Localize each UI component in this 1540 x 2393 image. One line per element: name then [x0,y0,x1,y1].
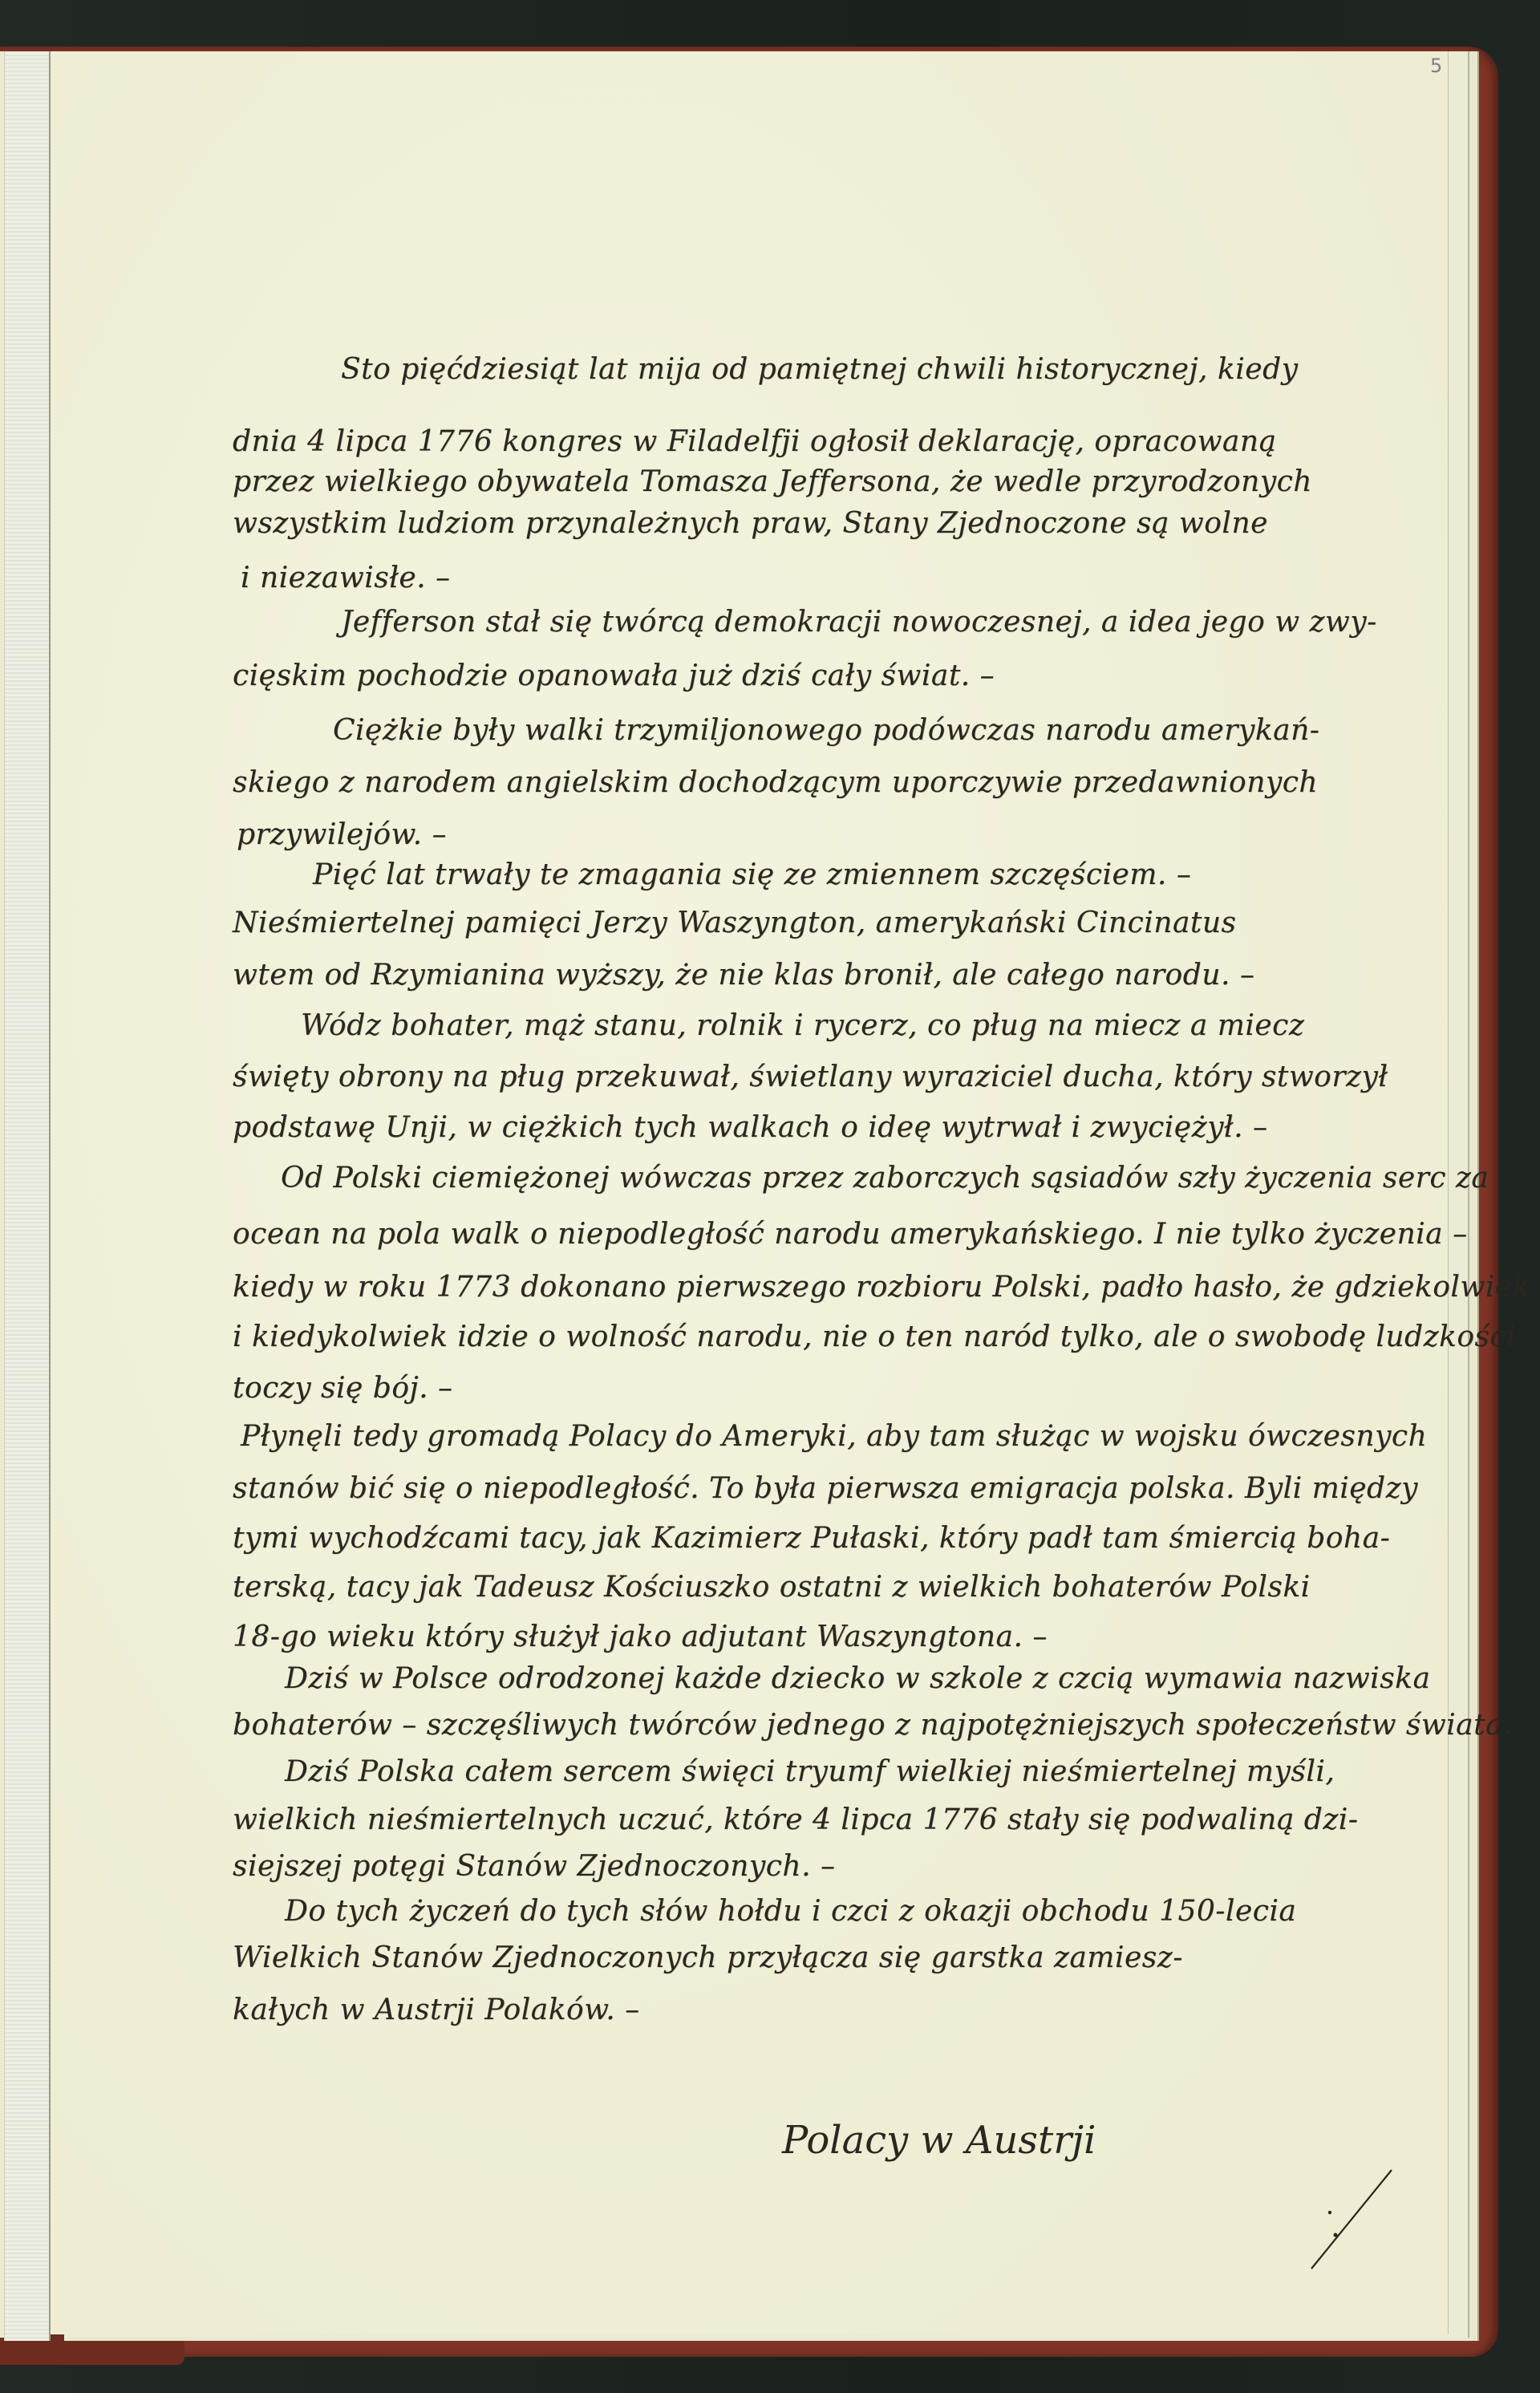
text-line: wielkich nieśmiertelnych uczuć, które 4 … [233,1803,1358,1836]
text-line: Wódz bohater, mąż stanu, rolnik i rycerz… [301,1009,1304,1042]
text-line: kiedy w roku 1773 dokonano pierwszego ro… [233,1271,1530,1304]
signature: Polacy w Austrji [782,2118,1096,2163]
pencil-page-number: 5 [1430,55,1442,77]
text-line: cięskim pochodzie opanowała już dziś cał… [233,659,995,692]
text-line: Sto pięćdziesiąt lat mija od pamiętnej c… [341,353,1298,386]
text-line: Do tych życzeń do tych słów hołdu i czci… [285,1895,1296,1928]
text-line: 18-go wieku który służył jako adjutant W… [233,1620,1048,1653]
text-line: skiego z narodem angielskim dochodzącym … [233,766,1318,799]
text-line: siejszej potęgi Stanów Zjednoczonych. – [233,1850,835,1883]
text-line: bohaterów – szczęśliwych twórców jednego… [233,1709,1513,1742]
text-line: i kiedykolwiek idzie o wolność narodu, n… [233,1320,1516,1353]
text-line: Od Polski ciemiężonej wówczas przez zabo… [281,1162,1489,1194]
text-line: święty obrony na pług przekuwał, świetla… [233,1061,1388,1093]
pen-flourish-icon [1235,2166,1396,2270]
text-line: Ciężkie były walki trzymiljonowego podów… [333,714,1319,747]
text-line: ocean na pola walk o niepodległość narod… [233,1218,1468,1251]
text-line: podstawę Unji, w ciężkich tych walkach o… [233,1111,1267,1144]
text-line: przez wielkiego obywatela Tomasza Jeffer… [233,465,1312,498]
text-line: dnia 4 lipca 1776 kongres w Filadelfji o… [233,425,1277,458]
text-line: tymi wychodźcami tacy, jak Kazimierz Puł… [233,1522,1390,1555]
text-line: terską, tacy jak Tadeusz Kościuszko osta… [233,1571,1311,1604]
text-line: Jefferson stał się twórcą demokracji now… [341,606,1377,639]
text-line: kałych w Austrji Polaków. – [233,1993,640,2026]
text-line: stanów bić się o niepodległość. To była … [233,1472,1418,1505]
text-line: wtem od Rzymianina wyższy, że nie klas b… [233,959,1254,992]
text-line: Wielkich Stanów Zjednoczonych przyłącza … [233,1941,1183,1974]
text-line: i niezawisłe. – [241,562,451,594]
cloth-binding-strip [4,51,51,2341]
text-line: przywilejów. – [237,818,447,851]
text-line: Dziś Polska całem sercem święci tryumf w… [285,1755,1335,1788]
text-line: Pięć lat trwały te zmagania się ze zmien… [313,858,1191,891]
text-line: wszystkim ludziom przynależnych praw, St… [233,507,1268,540]
text-line: Dziś w Polsce odrodzonej każde dziecko w… [285,1662,1430,1695]
text-line: toczy się bój. – [233,1372,453,1405]
text-line: Płynęli tedy gromadą Polacy do Ameryki, … [241,1420,1427,1453]
text-line: Nieśmiertelnej pamięci Jerzy Waszyngton,… [233,907,1237,939]
